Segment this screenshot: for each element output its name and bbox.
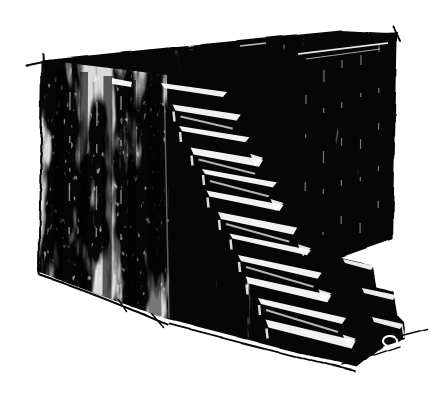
stair-riser-glint — [180, 132, 181, 142]
stair-riser-glint — [219, 220, 220, 230]
stair-riser-glint — [267, 329, 268, 339]
staircase-block-sketch — [0, 0, 437, 400]
stair-riser-glint — [192, 156, 193, 166]
stair-riser-glint — [174, 112, 175, 122]
sketch-canvas — [0, 0, 437, 400]
stair-riser-glint — [231, 240, 232, 250]
stair-riser-glint — [208, 198, 209, 208]
stair-riser-glint — [203, 175, 204, 185]
block-left-face-texture — [30, 50, 180, 340]
stair-riser-glint — [239, 262, 240, 272]
stair-riser-glint — [259, 305, 260, 315]
stair-riser-glint — [247, 285, 248, 295]
block-right-face-texture — [160, 28, 410, 373]
